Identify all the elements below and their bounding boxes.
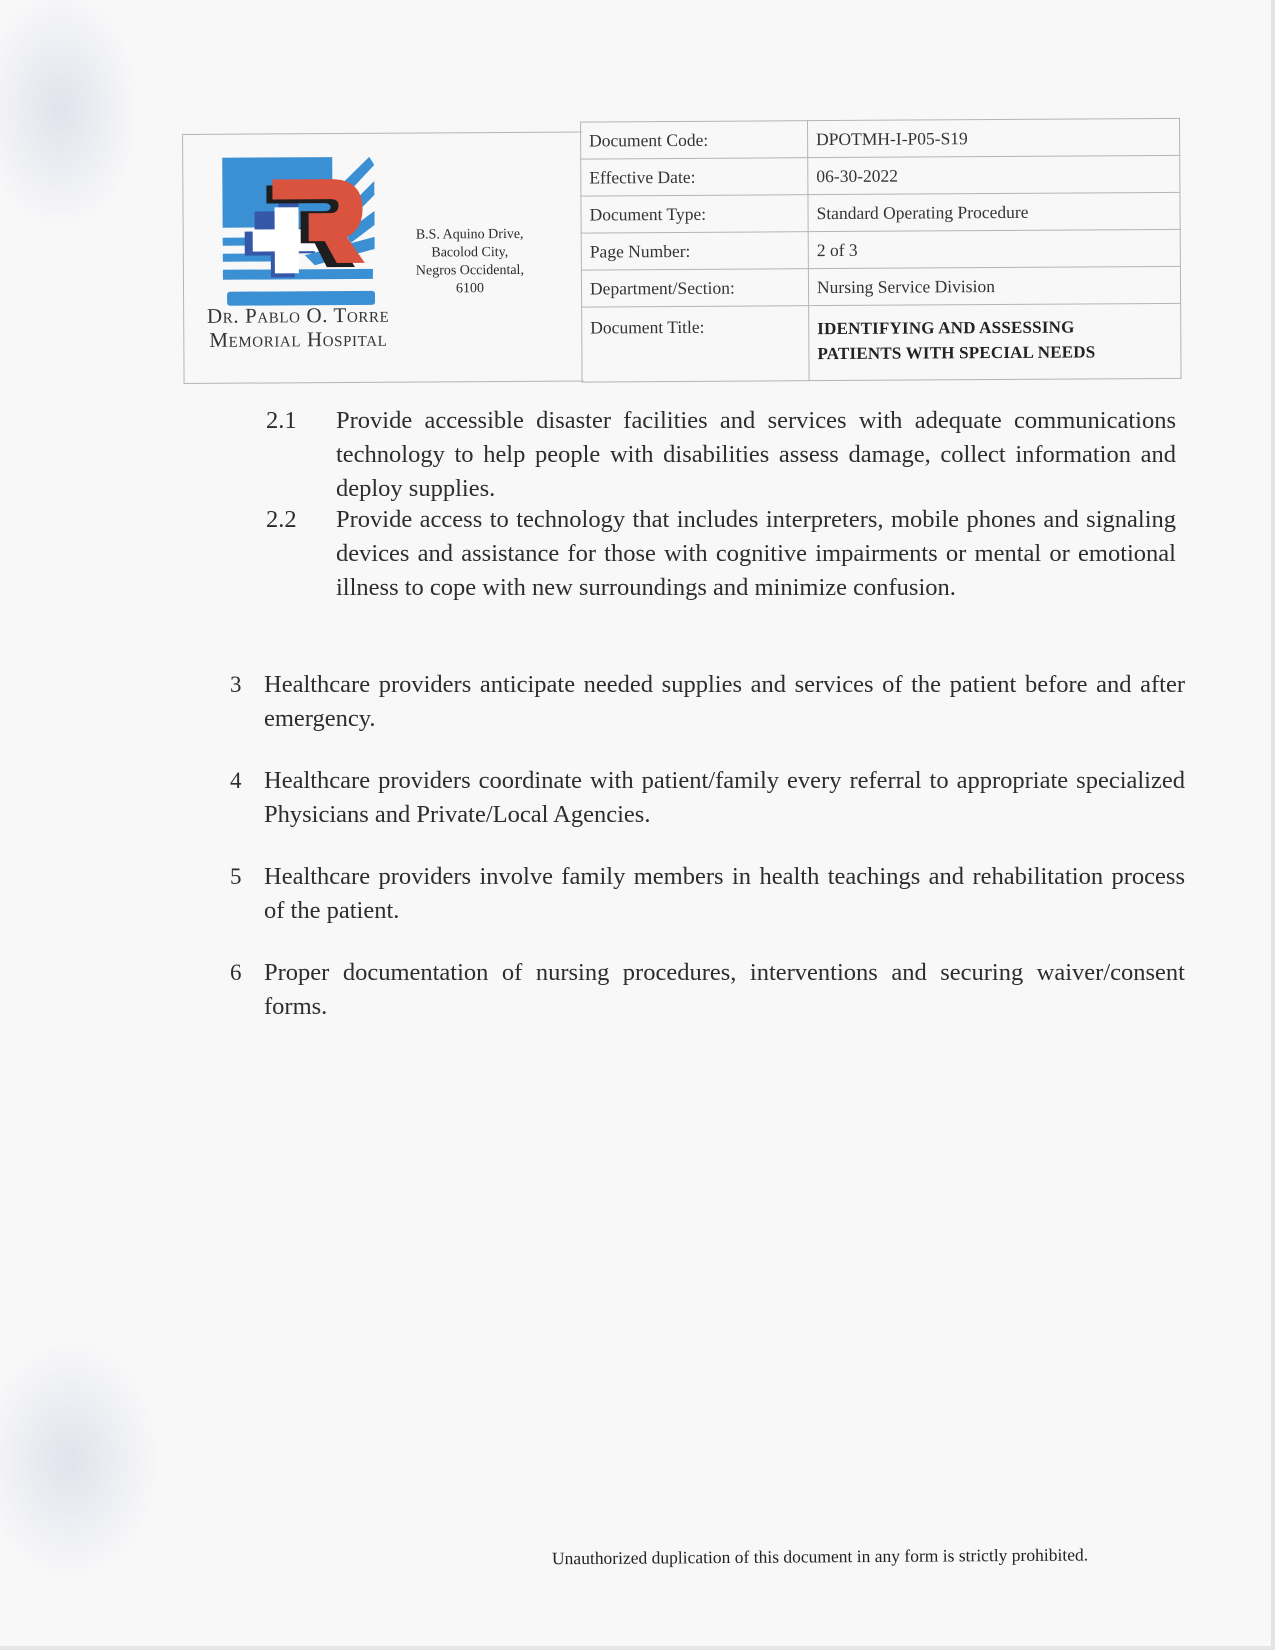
subitem-number: 2.1 — [266, 404, 326, 438]
subitem-2-2: 2.2 Provide access to technology that in… — [266, 503, 1176, 605]
item-text: Proper documentation of nursing procedur… — [264, 956, 1185, 1024]
item-text: Healthcare providers involve family memb… — [264, 860, 1185, 928]
meta-label: Document Code: — [580, 121, 807, 159]
meta-value: 06-30-2022 — [808, 155, 1180, 194]
item-text: Healthcare providers coordinate with pat… — [264, 764, 1185, 832]
list-item-5: 5 Healthcare providers involve family me… — [230, 860, 1185, 928]
list-item-6: 6 Proper documentation of nursing proced… — [230, 956, 1185, 1024]
meta-label: Effective Date: — [581, 158, 808, 196]
meta-label: Department/Section: — [581, 269, 808, 307]
document-title: IDENTIFYING AND ASSESSING PATIENTS WITH … — [809, 303, 1181, 380]
meta-value: Nursing Service Division — [808, 266, 1180, 305]
document-meta-table: Document Code: DPOTMH-I-P05-S19 Effectiv… — [580, 118, 1182, 383]
hospital-name-line2: Memorial Hospital — [183, 327, 413, 352]
page-edge — [0, 1646, 1275, 1650]
item-number: 6 — [230, 956, 260, 990]
meta-row-page-number: Page Number: 2 of 3 — [581, 229, 1180, 270]
hospital-address: B.S. Aquino Drive, Bacolod City, Negros … — [405, 226, 535, 299]
document-title-line1: IDENTIFYING AND ASSESSING — [817, 314, 1172, 341]
item-text: Healthcare providers anticipate needed s… — [264, 668, 1185, 736]
subitem-text: Provide access to technology that includ… — [336, 503, 1176, 605]
duplication-notice: Unauthorized duplication of this documen… — [552, 1544, 1192, 1569]
meta-label: Document Title: — [582, 306, 809, 382]
meta-row-document-title: Document Title: IDENTIFYING AND ASSESSIN… — [582, 303, 1181, 382]
item-number: 3 — [230, 668, 260, 702]
item-number: 4 — [230, 764, 260, 798]
hospital-name: Dr. Pablo O. Torre Memorial Hospital — [183, 303, 413, 352]
meta-value: 2 of 3 — [808, 229, 1180, 268]
meta-row-document-type: Document Type: Standard Operating Proced… — [581, 192, 1180, 233]
address-line: Negros Occidental, — [405, 262, 535, 281]
meta-row-document-code: Document Code: DPOTMH-I-P05-S19 — [580, 118, 1179, 159]
document-header: Dr. Pablo O. Torre Memorial Hospital B.S… — [182, 118, 1182, 386]
address-line: Bacolod City, — [405, 244, 535, 263]
meta-value: Standard Operating Procedure — [808, 192, 1180, 231]
document-title-line2: PATIENTS WITH SPECIAL NEEDS — [817, 339, 1172, 366]
list-item-4: 4 Healthcare providers coordinate with p… — [230, 764, 1185, 832]
subitem-2-1: 2.1 Provide accessible disaster faciliti… — [266, 404, 1176, 506]
meta-label: Page Number: — [581, 232, 808, 270]
meta-row-effective-date: Effective Date: 06-30-2022 — [581, 155, 1180, 196]
subitem-text: Provide accessible disaster facilities a… — [336, 404, 1176, 506]
meta-value: DPOTMH-I-P05-S19 — [807, 118, 1179, 157]
meta-label: Document Type: — [581, 195, 808, 233]
list-item-3: 3 Healthcare providers anticipate needed… — [230, 668, 1185, 736]
subitem-number: 2.2 — [266, 503, 326, 537]
page-edge — [1271, 0, 1275, 1650]
hospital-name-line1: Dr. Pablo O. Torre — [183, 303, 413, 328]
meta-row-department: Department/Section: Nursing Service Divi… — [581, 266, 1180, 307]
item-number: 5 — [230, 860, 260, 894]
hospital-logo-icon — [214, 151, 375, 312]
address-line: 6100 — [405, 280, 535, 299]
document-page: Dr. Pablo O. Torre Memorial Hospital B.S… — [0, 0, 1275, 1650]
address-line: B.S. Aquino Drive, — [405, 226, 535, 245]
